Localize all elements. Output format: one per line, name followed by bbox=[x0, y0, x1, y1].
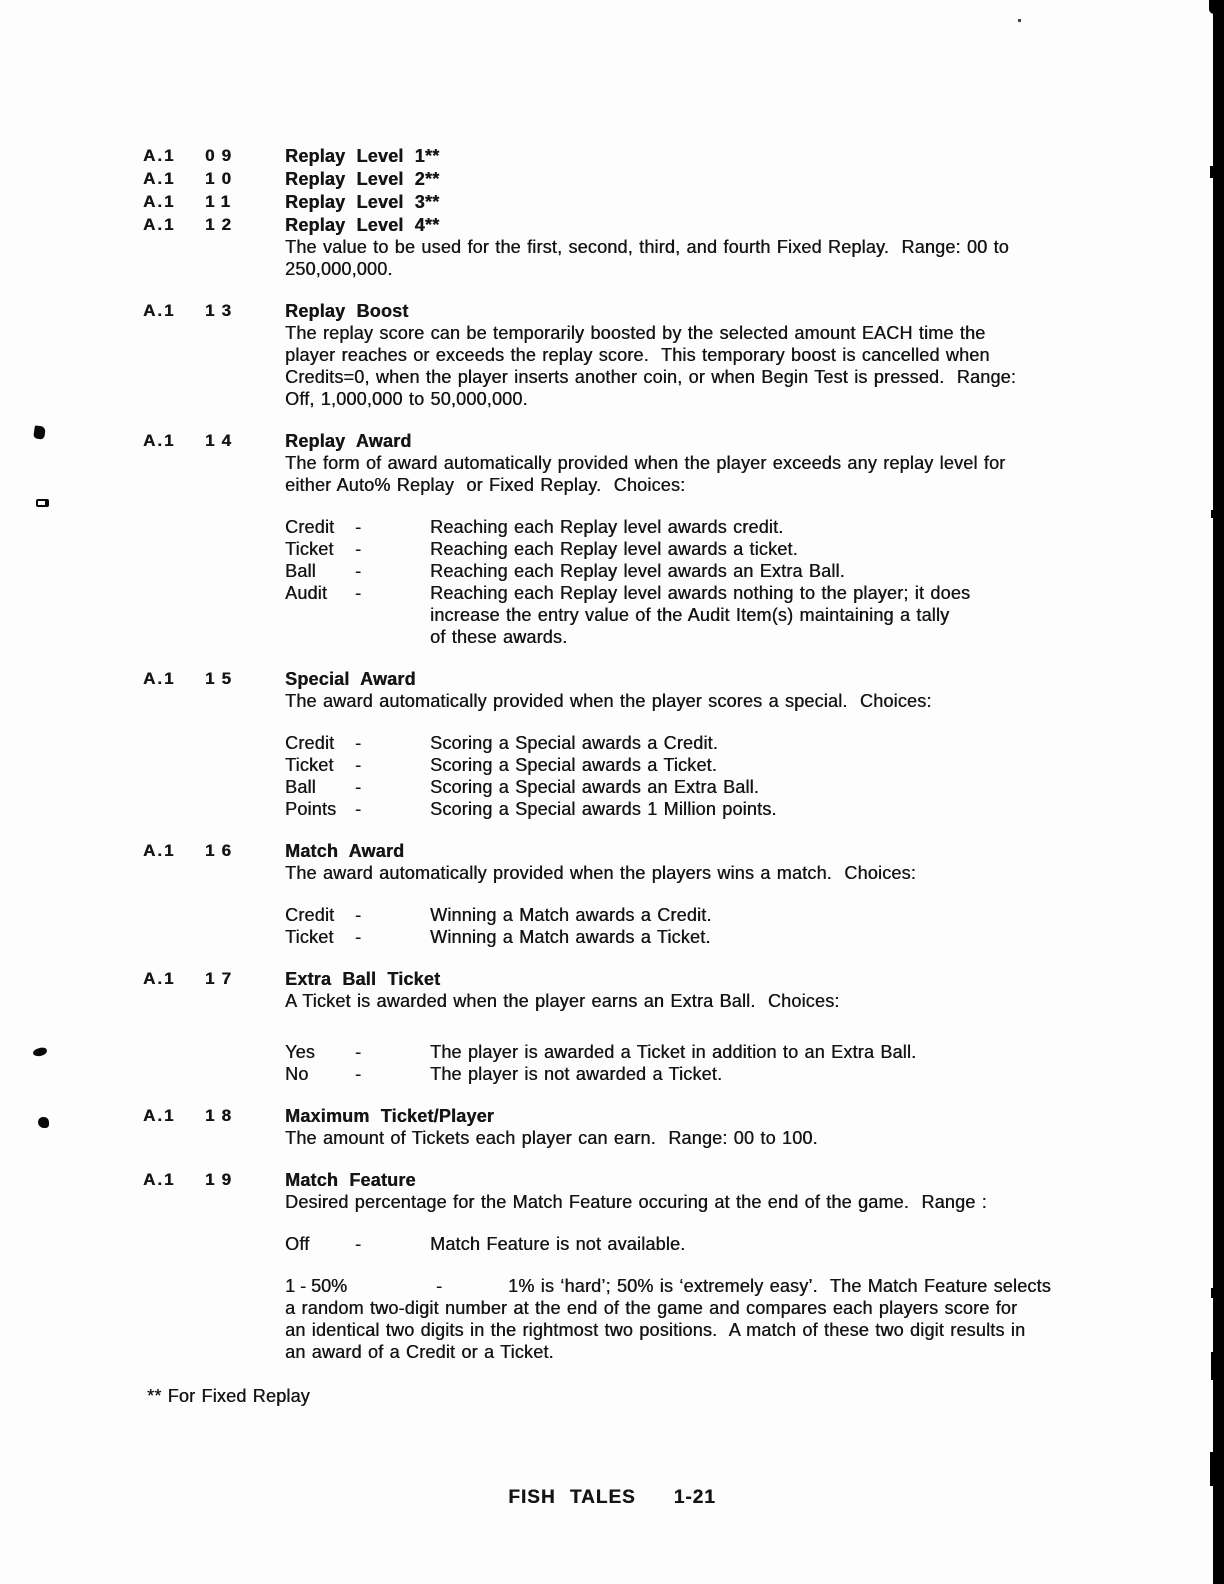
item-body-line: A Ticket is awarded when the player earn… bbox=[285, 990, 1093, 1012]
choice-label: 1 - 50% bbox=[285, 1275, 436, 1297]
choice-text-line: increase the entry value of the Audit It… bbox=[430, 604, 1093, 626]
scanned-manual-page: { "dash": "-", "footnote": "** For Fixed… bbox=[0, 0, 1224, 1584]
choice-text: Winning a Match awards a Credit. bbox=[430, 904, 1093, 926]
choice-row: No - The player is not awarded a Ticket. bbox=[285, 1063, 1093, 1085]
adjustment-item: A.1 18 Maximum Ticket/Player The amount … bbox=[143, 1105, 1093, 1149]
choice-row: Ticket - Winning a Match awards a Ticket… bbox=[285, 926, 1093, 948]
item-number: 17 bbox=[205, 968, 285, 1085]
ink-speck bbox=[33, 425, 46, 439]
choice-label: Ball bbox=[285, 560, 355, 582]
item-title: Match Award bbox=[285, 840, 1093, 862]
page-footer: FISH TALES1-21 bbox=[0, 1487, 1224, 1509]
choice-label: Ticket bbox=[285, 926, 355, 948]
item-title: Maximum Ticket/Player bbox=[285, 1105, 1093, 1127]
choice-text-line: a random two-digit number at the end of … bbox=[285, 1297, 1093, 1319]
adjustment-item: A.1 12 Replay Level 4** The value to be … bbox=[143, 214, 1093, 280]
item-number: 09 bbox=[205, 145, 285, 167]
ink-speck bbox=[1018, 19, 1021, 22]
item-number: 10 bbox=[205, 168, 285, 190]
scan-bar-notch bbox=[1210, 1452, 1213, 1486]
choice-text: The player is awarded a Ticket in additi… bbox=[430, 1041, 1093, 1063]
choice-dash: - bbox=[355, 538, 430, 560]
item-number: 19 bbox=[205, 1169, 285, 1363]
item-content: Replay Level 4** The value to be used fo… bbox=[285, 214, 1093, 280]
item-body-line: either Auto% Replay or Fixed Replay. Cho… bbox=[285, 474, 1093, 496]
choice-text: Scoring a Special awards 1 Million point… bbox=[430, 798, 1093, 820]
adjustment-item: A.1 17 Extra Ball Ticket A Ticket is awa… bbox=[143, 968, 1093, 1085]
ink-speck bbox=[36, 499, 49, 507]
item-id: A.1 bbox=[143, 840, 205, 948]
item-title: Replay Level 2** bbox=[285, 168, 1093, 190]
adjustment-item: A.1 13 Replay Boost The replay score can… bbox=[143, 300, 1093, 410]
choice-text-line: Scoring a Special awards a Ticket. bbox=[430, 754, 1093, 776]
item-body-line: The value to be used for the first, seco… bbox=[285, 236, 1093, 258]
item-title: Replay Boost bbox=[285, 300, 1093, 322]
item-content: Maximum Ticket/Player The amount of Tick… bbox=[285, 1105, 1093, 1149]
item-body-line: Off, 1,000,000 to 50,000,000. bbox=[285, 388, 1093, 410]
choice-text-line: Reaching each Replay level awards credit… bbox=[430, 516, 1093, 538]
item-content: Match Award The award automatically prov… bbox=[285, 840, 1093, 948]
choice-text-line: Reaching each Replay level awards a tick… bbox=[430, 538, 1093, 560]
choice-row: Yes - The player is awarded a Ticket in … bbox=[285, 1041, 1093, 1063]
item-id: A.1 bbox=[143, 145, 205, 167]
item-number: 13 bbox=[205, 300, 285, 410]
item-id: A.1 bbox=[143, 191, 205, 213]
choice-row: Audit - Reaching each Replay level award… bbox=[285, 582, 1093, 648]
choice-text-line: an identical two digits in the rightmost… bbox=[285, 1319, 1093, 1341]
item-content: Replay Award The form of award automatic… bbox=[285, 430, 1093, 648]
choice-text: Match Feature is not available. bbox=[430, 1233, 1093, 1255]
choice-text: Winning a Match awards a Ticket. bbox=[430, 926, 1093, 948]
item-id: A.1 bbox=[143, 300, 205, 410]
item-body-line: The award automatically provided when th… bbox=[285, 690, 1093, 712]
item-number: 18 bbox=[205, 1105, 285, 1149]
choice-text-line: Scoring a Special awards an Extra Ball. bbox=[430, 776, 1093, 798]
choice-row: Ball - Scoring a Special awards an Extra… bbox=[285, 776, 1093, 798]
item-title: Replay Level 4** bbox=[285, 214, 1093, 236]
choice-text-line: Scoring a Special awards a Credit. bbox=[430, 732, 1093, 754]
choice-text-line: 1% is ‘hard’; 50% is ‘extremely easy’. T… bbox=[508, 1276, 1051, 1296]
adjustment-item: A.1 11 Replay Level 3** bbox=[143, 191, 1093, 213]
item-title: Replay Award bbox=[285, 430, 1093, 452]
choice-label: Audit bbox=[285, 582, 355, 648]
item-content: Replay Level 3** bbox=[285, 191, 1093, 213]
choice-text-line: Scoring a Special awards 1 Million point… bbox=[430, 798, 1093, 820]
item-content: Extra Ball Ticket A Ticket is awarded wh… bbox=[285, 968, 1093, 1085]
adjustment-item: A.1 09 Replay Level 1** bbox=[143, 145, 1093, 167]
choice-text: Scoring a Special awards a Credit. bbox=[430, 732, 1093, 754]
choice-dash: - bbox=[355, 1063, 430, 1085]
choice-text: Reaching each Replay level awards credit… bbox=[430, 516, 1093, 538]
item-content: Replay Level 2** bbox=[285, 168, 1093, 190]
choice-list: Yes - The player is awarded a Ticket in … bbox=[285, 1041, 1093, 1085]
footer-title: FISH TALES bbox=[508, 1487, 635, 1508]
choice-dash: - bbox=[355, 926, 430, 948]
choice-text-line: of these awards. bbox=[430, 626, 1093, 648]
ink-speck bbox=[32, 1047, 47, 1058]
adjustment-item: A.1 19 Match Feature Desired percentage … bbox=[143, 1169, 1093, 1363]
item-id: A.1 bbox=[143, 1105, 205, 1149]
choice-text: Scoring a Special awards a Ticket. bbox=[430, 754, 1093, 776]
scan-bar-notch bbox=[1210, 166, 1213, 178]
choice-text-line: an award of a Credit or a Ticket. bbox=[285, 1341, 1093, 1363]
choice-text-line: Reaching each Replay level awards nothin… bbox=[430, 582, 1093, 604]
item-number: 16 bbox=[205, 840, 285, 948]
item-id: A.1 bbox=[143, 668, 205, 820]
choice-text: Scoring a Special awards an Extra Ball. bbox=[430, 776, 1093, 798]
choice-dash: - bbox=[355, 732, 430, 754]
choice-label: Credit bbox=[285, 732, 355, 754]
choice-row: Ticket - Reaching each Replay level awar… bbox=[285, 538, 1093, 560]
choice-text: The player is not awarded a Ticket. bbox=[430, 1063, 1093, 1085]
item-body-line: Credits=0, when the player inserts anoth… bbox=[285, 366, 1093, 388]
item-body-line: player reaches or exceeds the replay sco… bbox=[285, 344, 1093, 366]
choice-row-range: 1 - 50%-1% is ‘hard’; 50% is ‘extremely … bbox=[285, 1275, 1093, 1363]
choice-dash: - bbox=[355, 516, 430, 538]
choice-list: Credit - Reaching each Replay level awar… bbox=[285, 516, 1093, 648]
scan-edge-bar-corner bbox=[1209, 0, 1224, 14]
choice-row: Ball - Reaching each Replay level awards… bbox=[285, 560, 1093, 582]
choice-text-line: The player is awarded a Ticket in additi… bbox=[430, 1041, 1093, 1063]
choice-label: Ball bbox=[285, 776, 355, 798]
choice-list: Credit - Winning a Match awards a Credit… bbox=[285, 904, 1093, 948]
choice-text: Reaching each Replay level awards nothin… bbox=[430, 582, 1093, 648]
choice-dash: - bbox=[355, 1233, 430, 1255]
choice-text-line: Winning a Match awards a Credit. bbox=[430, 904, 1093, 926]
choice-dash: - bbox=[355, 904, 430, 926]
scan-bar-notch bbox=[1211, 510, 1213, 518]
footer-page-number: 1-21 bbox=[674, 1487, 716, 1508]
item-title: Special Award bbox=[285, 668, 1093, 690]
choice-row: Off - Match Feature is not available. bbox=[285, 1233, 1093, 1255]
choice-label: Points bbox=[285, 798, 355, 820]
item-number: 11 bbox=[205, 191, 285, 213]
scan-bar-notch bbox=[1211, 1352, 1213, 1380]
choice-dash: - bbox=[355, 754, 430, 776]
item-id: A.1 bbox=[143, 168, 205, 190]
choice-dash: - bbox=[436, 1275, 508, 1297]
scan-bar-notch bbox=[1211, 1288, 1213, 1298]
choice-text-line: The player is not awarded a Ticket. bbox=[430, 1063, 1093, 1085]
adjustment-item: A.1 14 Replay Award The form of award au… bbox=[143, 430, 1093, 648]
adjustment-item: A.1 10 Replay Level 2** bbox=[143, 168, 1093, 190]
choice-dash: - bbox=[355, 798, 430, 820]
choice-dash: - bbox=[355, 1041, 430, 1063]
choice-label: Yes bbox=[285, 1041, 355, 1063]
item-body-line: The amount of Tickets each player can ea… bbox=[285, 1127, 1093, 1149]
item-content: Special Award The award automatically pr… bbox=[285, 668, 1093, 820]
choice-dash: - bbox=[355, 560, 430, 582]
adjustment-item: A.1 16 Match Award The award automatical… bbox=[143, 840, 1093, 948]
item-title: Replay Level 3** bbox=[285, 191, 1093, 213]
choice-row: Credit - Reaching each Replay level awar… bbox=[285, 516, 1093, 538]
item-body-line: The replay score can be temporarily boos… bbox=[285, 322, 1093, 344]
choice-dash: - bbox=[355, 776, 430, 798]
item-id: A.1 bbox=[143, 1169, 205, 1363]
choice-list: Credit - Scoring a Special awards a Cred… bbox=[285, 732, 1093, 820]
choice-label: Credit bbox=[285, 904, 355, 926]
document-body: A.1 09 Replay Level 1** A.1 10 Replay Le… bbox=[143, 145, 1093, 1407]
item-id: A.1 bbox=[143, 430, 205, 648]
choice-text-line: Reaching each Replay level awards an Ext… bbox=[430, 560, 1093, 582]
ink-speck bbox=[38, 1117, 49, 1128]
adjustment-item: A.1 15 Special Award The award automatic… bbox=[143, 668, 1093, 820]
choice-label: Off bbox=[285, 1233, 355, 1255]
choice-row: Credit - Scoring a Special awards a Cred… bbox=[285, 732, 1093, 754]
item-content: Replay Level 1** bbox=[285, 145, 1093, 167]
choice-list: Off - Match Feature is not available. bbox=[285, 1233, 1093, 1255]
item-content: Match Feature Desired percentage for the… bbox=[285, 1169, 1093, 1363]
item-number: 15 bbox=[205, 668, 285, 820]
choice-text: Reaching each Replay level awards a tick… bbox=[430, 538, 1093, 560]
item-number: 14 bbox=[205, 430, 285, 648]
choice-label: No bbox=[285, 1063, 355, 1085]
choice-dash: - bbox=[355, 582, 430, 648]
item-body-line: Desired percentage for the Match Feature… bbox=[285, 1191, 1093, 1213]
item-body-line: The form of award automatically provided… bbox=[285, 452, 1093, 474]
item-number: 12 bbox=[205, 214, 285, 280]
choice-label: Ticket bbox=[285, 538, 355, 560]
choice-row: Points - Scoring a Special awards 1 Mill… bbox=[285, 798, 1093, 820]
choice-row: Ticket - Scoring a Special awards a Tick… bbox=[285, 754, 1093, 776]
item-title: Extra Ball Ticket bbox=[285, 968, 1093, 990]
item-id: A.1 bbox=[143, 214, 205, 280]
scan-edge-bar bbox=[1213, 0, 1224, 1584]
choice-text-line: Match Feature is not available. bbox=[430, 1233, 1093, 1255]
item-body-line: The award automatically provided when th… bbox=[285, 862, 1093, 884]
choice-label: Ticket bbox=[285, 754, 355, 776]
choice-text-line: Winning a Match awards a Ticket. bbox=[430, 926, 1093, 948]
choice-label: Credit bbox=[285, 516, 355, 538]
choice-row: Credit - Winning a Match awards a Credit… bbox=[285, 904, 1093, 926]
item-content: Replay Boost The replay score can be tem… bbox=[285, 300, 1093, 410]
item-id: A.1 bbox=[143, 968, 205, 1085]
item-body-line: 250,000,000. bbox=[285, 258, 1093, 280]
footnote: ** For Fixed Replay bbox=[147, 1385, 1093, 1407]
choice-text: Reaching each Replay level awards an Ext… bbox=[430, 560, 1093, 582]
item-title: Replay Level 1** bbox=[285, 145, 1093, 167]
item-title: Match Feature bbox=[285, 1169, 1093, 1191]
